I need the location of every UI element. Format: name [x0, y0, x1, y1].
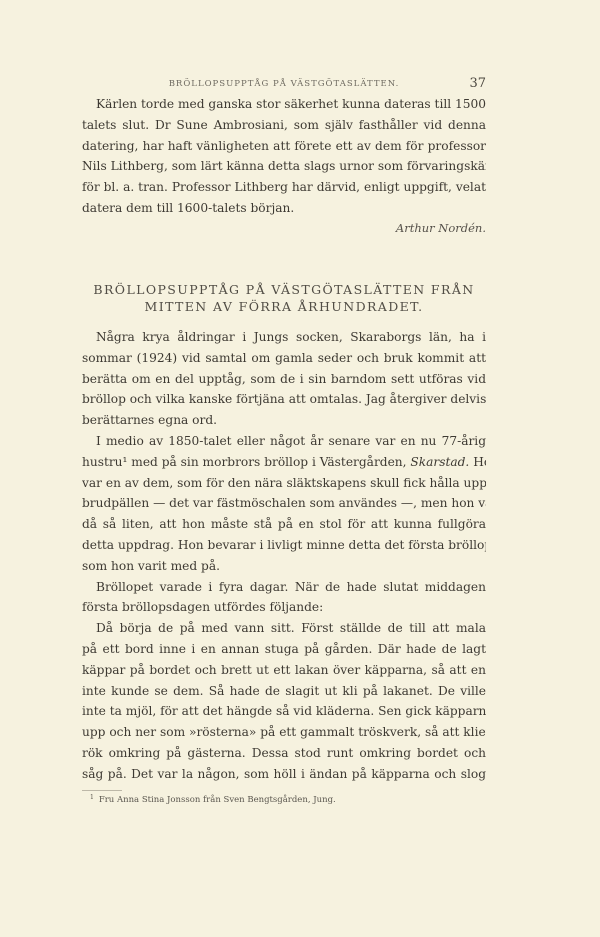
text-line: Bröllopet varade i fyra dagar. När de ha… — [82, 577, 486, 598]
text-line: Nils Lithberg, som lärt känna detta slag… — [82, 156, 486, 177]
text-line: datering, har haft vänligheten att föret… — [82, 136, 486, 157]
footnote: 1Fru Anna Stina Jonsson från Sven Bengts… — [90, 794, 336, 805]
previous-article-ending: Kärlen torde med ganska stor säkerhet ku… — [82, 94, 486, 219]
text-line: detta uppdrag. Hon bevarar i livligt min… — [82, 535, 486, 556]
footnote-marker: 1 — [90, 794, 94, 801]
page-number: 37 — [469, 76, 486, 91]
text-line: för bl. a. tran. Professor Lithberg har … — [82, 177, 486, 198]
book-page: BRÖLLOPSUPPTÅG PÅ VÄSTGÖTASLÄTTEN. 37 Kä… — [0, 0, 600, 937]
text-fragment: Hon — [473, 455, 486, 469]
text-line: var en av dem, som för den nära släktska… — [82, 473, 486, 494]
text-line: som hon varit med på. — [82, 556, 486, 577]
text-line: första bröllopsdagen utfördes följande: — [82, 597, 486, 618]
article-body: Några krya åldringar i Jungs socken, Ska… — [82, 327, 486, 785]
text-line: I medio av 1850-talet eller något år sen… — [82, 431, 486, 452]
text-line: brudpällen — det var fästmöschalen som a… — [82, 493, 486, 514]
text-line: då så liten, att hon måste stå på en sto… — [82, 514, 486, 535]
article-title-line: BRÖLLOPSUPPTÅG PÅ VÄSTGÖTASLÄTTEN FRÅN — [82, 281, 486, 298]
text-line: Då börja de på med vann sitt. Först stäl… — [82, 618, 486, 639]
text-line: såg på. Det var la någon, som höll i änd… — [82, 764, 486, 785]
text-line: hustru¹ med på sin morbrors bröllop i Vä… — [82, 452, 486, 473]
text-line: käppar på bordet och brett ut ett lakan … — [82, 660, 486, 681]
place-name-italic: Skarstad. — [410, 455, 469, 469]
footnote-divider — [82, 790, 122, 791]
text-line: datera dem till 1600-talets början. — [82, 198, 486, 219]
text-line: Kärlen torde med ganska stor säkerhet ku… — [82, 94, 486, 115]
text-line: Några krya åldringar i Jungs socken, Ska… — [82, 327, 486, 348]
text-line: upp och ner som »rösterna» på ett gammal… — [82, 722, 486, 743]
text-line: rök omkring på gästerna. Dessa stod runt… — [82, 743, 486, 764]
running-head: BRÖLLOPSUPPTÅG PÅ VÄSTGÖTASLÄTTEN. 37 — [82, 76, 486, 92]
text-line: på ett bord inne i en annan stuga på går… — [82, 639, 486, 660]
article-title-line: MITTEN AV FÖRRA ÅRHUNDRADET. — [82, 298, 486, 315]
article-title: BRÖLLOPSUPPTÅG PÅ VÄSTGÖTASLÄTTEN FRÅN M… — [82, 281, 486, 315]
footnote-text: Fru Anna Stina Jonsson från Sven Bengtsg… — [99, 795, 336, 805]
author-signature: Arthur Nordén. — [396, 221, 486, 235]
text-line: bröllop och vilka kanske förtjäna att om… — [82, 389, 486, 410]
text-line: berätta om en del upptåg, som de i sin b… — [82, 369, 486, 390]
text-line: sommar (1924) vid samtal om gamla seder … — [82, 348, 486, 369]
text-line: inte ta mjöl, för att det hängde så vid … — [82, 701, 486, 722]
text-line: berättarnes egna ord. — [82, 410, 486, 431]
text-fragment: hustru¹ med på sin morbrors bröllop i Vä… — [82, 455, 407, 469]
text-line: inte kunde se dem. Så hade de slagit ut … — [82, 681, 486, 702]
text-line: talets slut. Dr Sune Ambrosiani, som sjä… — [82, 115, 486, 136]
running-title: BRÖLLOPSUPPTÅG PÅ VÄSTGÖTASLÄTTEN. — [82, 79, 486, 89]
